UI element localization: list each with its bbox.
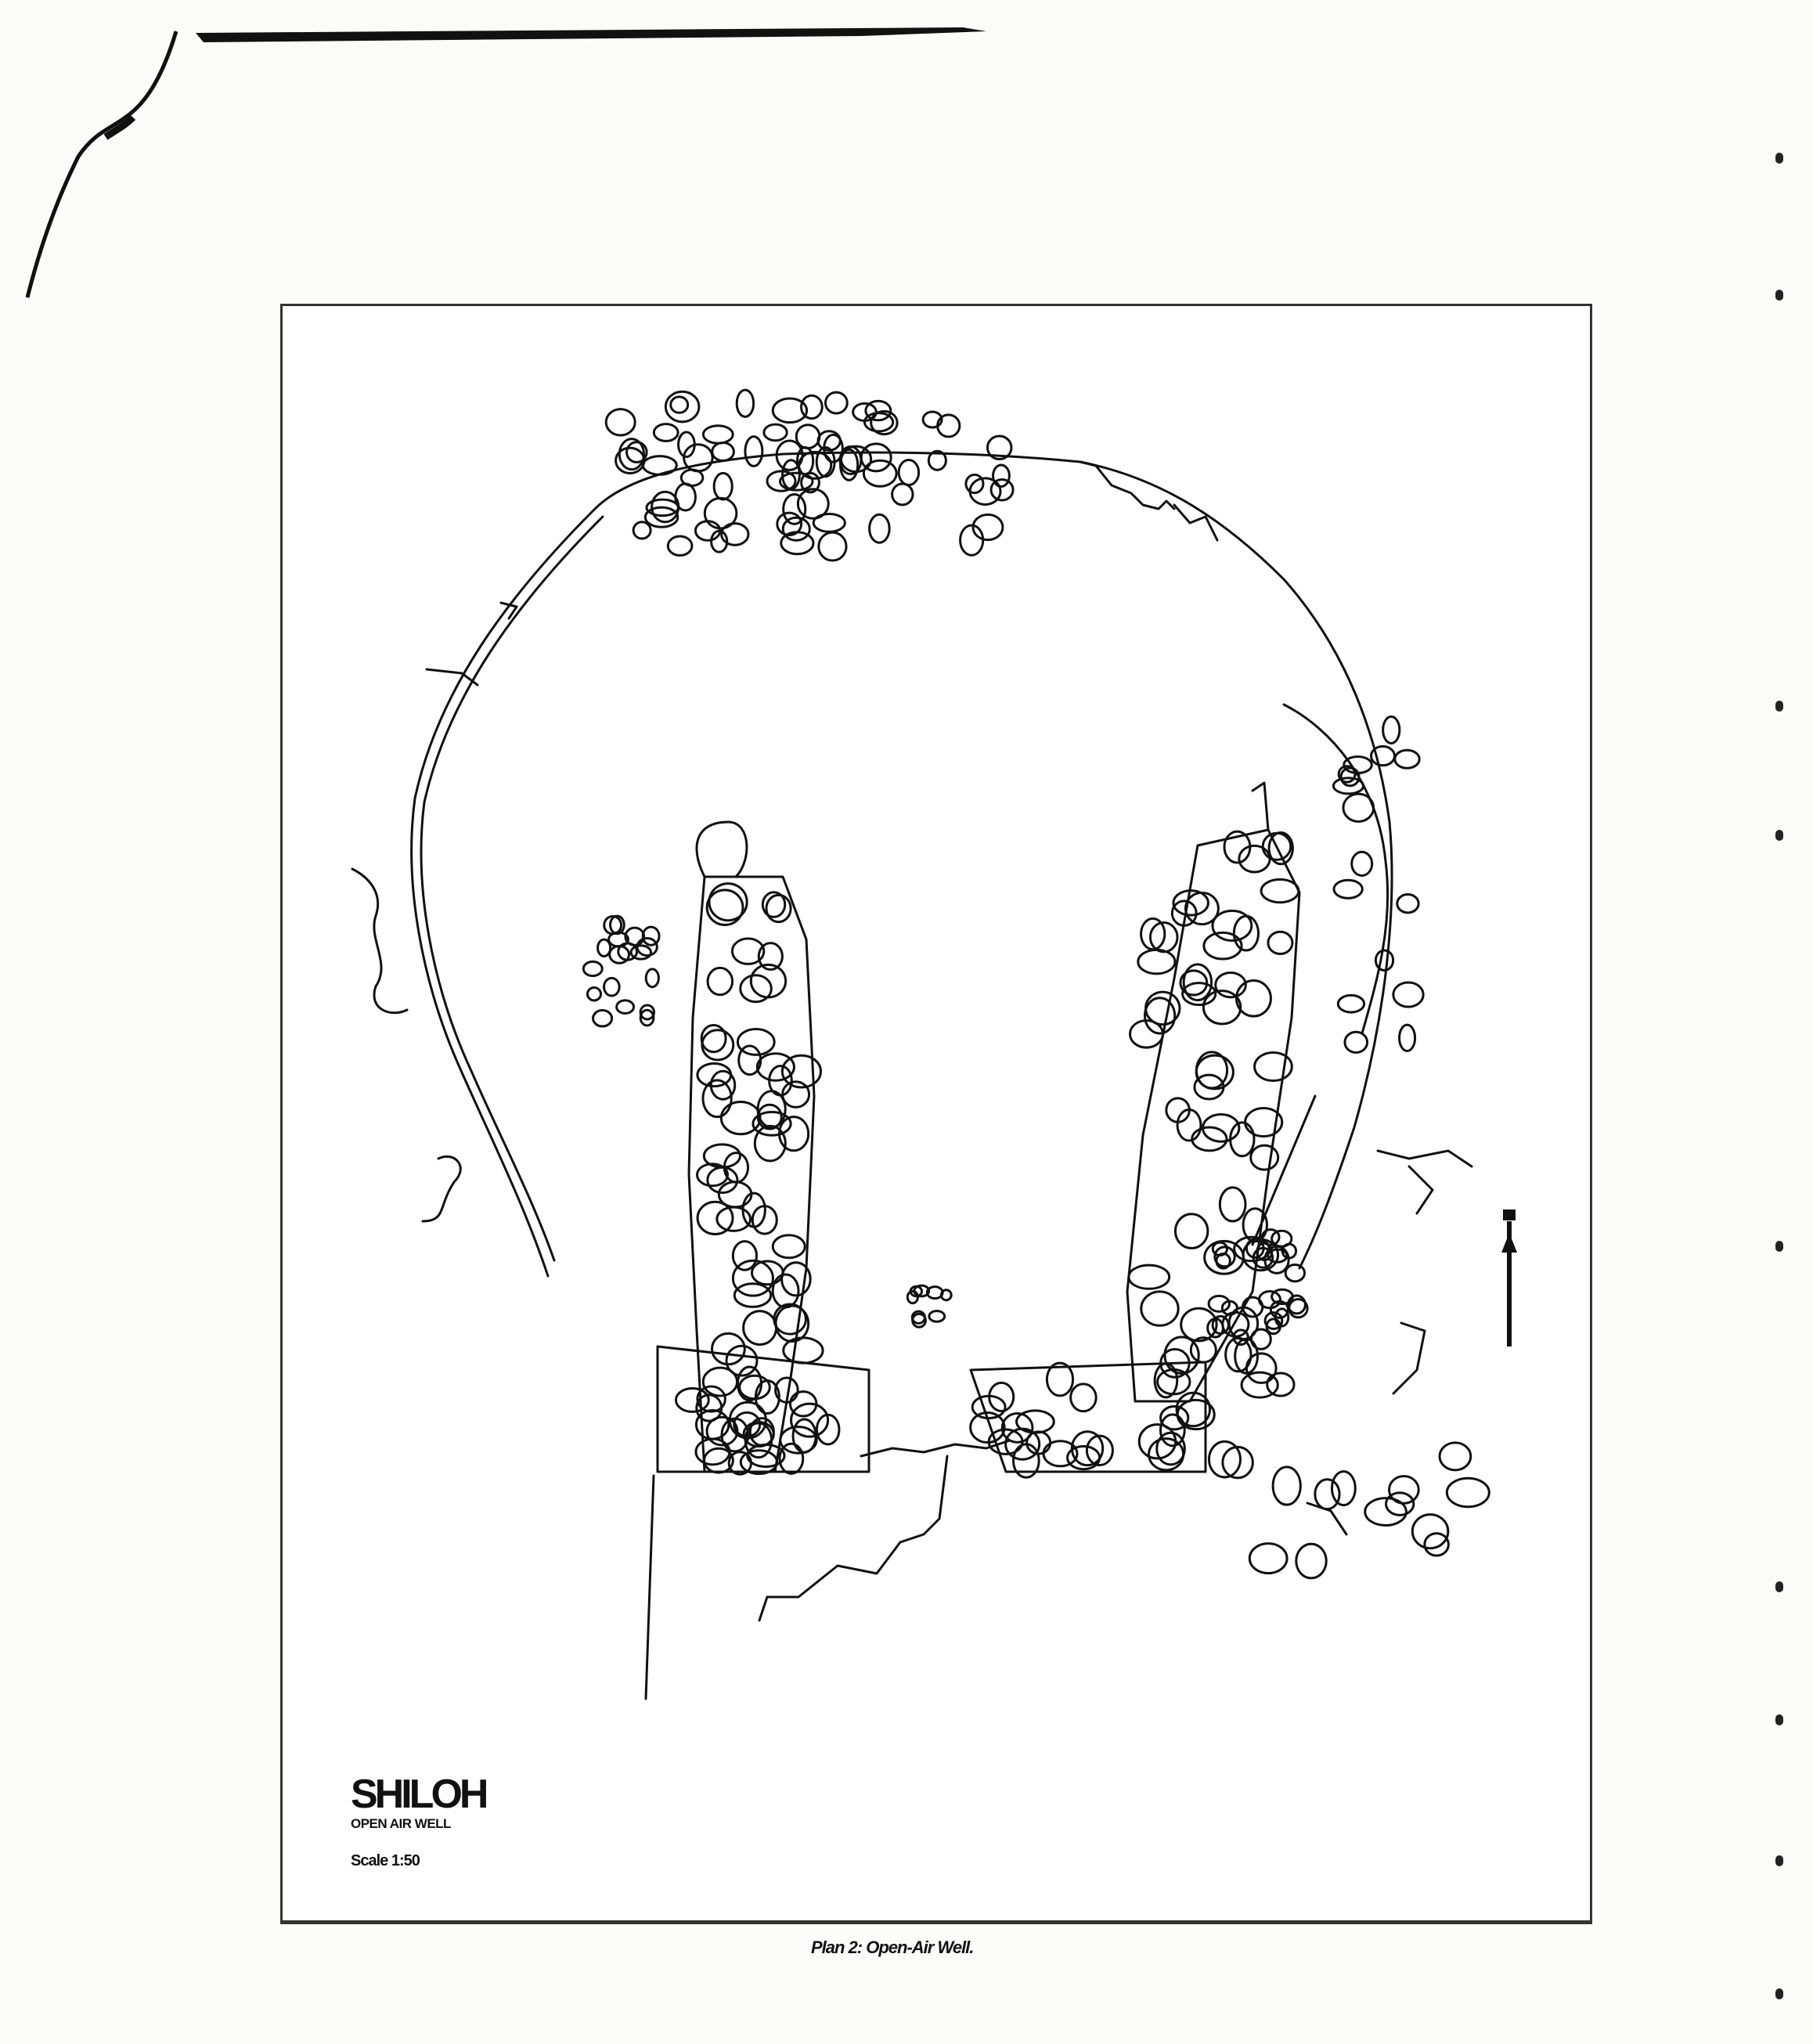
stone-cluster bbox=[1208, 1230, 1307, 1350]
site-title: SHILOH bbox=[351, 1775, 485, 1813]
well-rim-inner bbox=[412, 509, 595, 1276]
plan-subtitle: OPEN AIR WELL bbox=[351, 1816, 485, 1832]
north-arrow-icon bbox=[1501, 1209, 1517, 1346]
stone-cluster bbox=[971, 1363, 1215, 1477]
well-plan-drawing bbox=[0, 0, 1813, 2044]
plan-legend: SHILOH OPEN AIR WELL Scale 1:50 bbox=[351, 1775, 485, 1870]
stone-cluster bbox=[583, 916, 659, 1026]
stone-cluster bbox=[606, 390, 1013, 561]
figure-caption: Plan 2: Open-Air Well. bbox=[811, 1938, 973, 1958]
scanned-page: SHILOH OPEN AIR WELL Scale 1:50 Plan 2: … bbox=[0, 0, 1813, 2044]
plan-scale: Scale 1:50 bbox=[351, 1852, 485, 1870]
stone-cluster bbox=[907, 1285, 951, 1327]
stone-cluster bbox=[1209, 1441, 1489, 1578]
